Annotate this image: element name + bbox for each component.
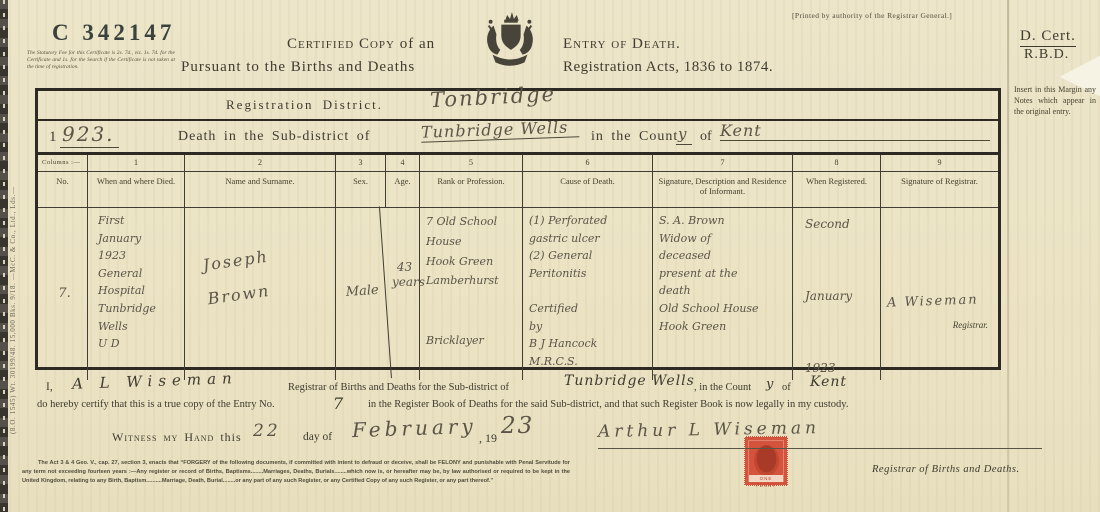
column-number-5: 5	[420, 155, 523, 171]
entry-when-where-died: First January 1923 General Hospital Tunb…	[88, 208, 185, 380]
witness-19: 19	[485, 431, 497, 445]
witness-signature-line: Arthur L Wiseman	[598, 420, 1042, 449]
certification-body2: , in the Count	[694, 382, 751, 393]
column-number-3: 3	[336, 155, 386, 171]
subdistrict-label: Death in the Sub-district of	[178, 129, 370, 145]
certification-body1: Registrar of Births and Deaths for the S…	[288, 382, 509, 393]
certification-county: Kent	[810, 374, 847, 390]
title-line2-left: Pursuant to the Births and Deaths	[181, 59, 415, 76]
column-number-6: 6	[523, 155, 653, 171]
title-registration-acts: Registration Acts, 1836 to 1874.	[563, 59, 773, 76]
header-when-where-died: When and where Died.	[88, 172, 185, 207]
header-signature-registrar: Signature of Registrar.	[881, 172, 998, 207]
certification-line2-prefix: do hereby certify that this is a true co…	[37, 399, 275, 410]
entry-age: 43 years	[386, 208, 420, 380]
witness-my-hand: Witness my Hand	[112, 430, 214, 444]
register-entry-form: Registration District. Tonbridge 1 923. …	[35, 88, 1001, 370]
header-age: Age.	[386, 172, 420, 207]
entry-registrar-signature-cell: A Wiseman Registrar.	[881, 208, 998, 380]
header-cause-of-death: Cause of Death.	[523, 172, 653, 207]
registration-district-value: Tonbridge	[429, 82, 556, 113]
columns-label: Columns :—	[38, 155, 88, 171]
entry-informant: S. A. Brown Widow of deceased present at…	[653, 208, 793, 380]
royal-coat-of-arms-icon	[479, 7, 541, 81]
certification-county-y: y	[766, 377, 773, 392]
entry-sex: Male	[330, 206, 392, 381]
column-number-2: 2	[185, 155, 336, 171]
header-sex: Sex.	[336, 172, 386, 207]
doc-code-d-cert: D. Cert.	[1020, 28, 1076, 47]
witness-signature: Arthur L Wiseman	[598, 418, 820, 442]
entry-name-cell: Joseph Brown	[185, 208, 336, 380]
witness-day: 22	[253, 421, 281, 441]
header-when-registered: When Registered.	[793, 172, 881, 207]
subdistrict-value: Tunbridge Wells	[421, 117, 580, 143]
column-number-1: 1	[88, 155, 185, 171]
county-value: Kent	[720, 121, 990, 141]
certification-line2-suffix: in the Register Book of Deaths for the s…	[368, 399, 849, 410]
registrar-printed-label: Registrar.	[953, 318, 988, 332]
statutory-fee-note: The Statutory Fee for this Certificate i…	[27, 50, 175, 71]
title-certified-copy: Certified Copy	[287, 36, 395, 52]
column-number-9: 9	[881, 155, 998, 171]
certificate-serial-number: C 342147	[52, 20, 175, 46]
title-line1-left: Certified Copy of an	[287, 36, 435, 53]
doc-code-rbd: R.B.D.	[1024, 47, 1069, 63]
column-numbers-row: Columns :— 1 2 3 4 5 6 7 8 9	[38, 155, 998, 172]
witness-year-handwritten: 23	[501, 413, 534, 439]
column-number-8: 8	[793, 155, 881, 171]
certification-entry-no: 7	[333, 394, 343, 413]
witness-label: Witness my Hand this	[112, 430, 242, 445]
column-number-4: 4	[386, 155, 420, 171]
witness-day-of-label: day of	[303, 431, 332, 443]
header-informant: Signature, Description and Residence of …	[653, 172, 793, 207]
year-printed-prefix: 1	[49, 129, 57, 146]
registrar-of-births-deaths-title: Registrar of Births and Deaths.	[872, 464, 1020, 475]
column-number-7: 7	[653, 155, 793, 171]
registration-district-label: Registration District.	[226, 97, 383, 113]
printed-authority-note: [Printed by authority of the Registrar G…	[792, 11, 952, 20]
column-headers-row: No. When and where Died. Name and Surnam…	[38, 172, 998, 208]
county-label: in the Count	[591, 129, 678, 145]
king-george-profile-icon	[754, 445, 779, 476]
of-label: of	[700, 129, 712, 145]
year-handwritten: 923.	[60, 122, 119, 148]
header-name-surname: Name and Surname.	[185, 172, 336, 207]
death-certificate-document: (8.O. 1545) Wt. 30199/48. 15,000 Bks. 9/…	[0, 0, 1100, 512]
certification-subdistrict: Tunbridge Wells	[564, 373, 695, 389]
registration-district-row: Registration District. Tonbridge	[38, 91, 998, 121]
witness-this: this	[220, 430, 241, 444]
entry-when-registered: Second January 1923	[793, 208, 881, 380]
certification-of: of	[782, 382, 791, 393]
witness-month: February	[352, 414, 477, 442]
entry-no: 7.	[38, 208, 88, 380]
stamp-denomination: ONE PENNY	[749, 475, 783, 482]
title-entry-of-death: Entry of Death.	[563, 36, 681, 53]
margin-note: Insert in this Margin any Notes which ap…	[1014, 85, 1096, 117]
printer-imprint: (8.O. 1545) Wt. 30199/48. 15,000 Bks. 9/…	[9, 34, 17, 434]
title-of-an: of an	[400, 36, 435, 52]
binding-edge	[0, 0, 8, 512]
entry-name: Joseph Brown	[201, 240, 276, 316]
entry-cause-of-death: (1) Perforated gastric ulcer (2) General…	[523, 208, 653, 380]
county-letter-y: y	[676, 125, 692, 145]
header-rank-profession: Rank or Profession.	[420, 172, 523, 207]
registrar-signature: A Wiseman	[887, 290, 979, 314]
certification-i: I,	[46, 381, 53, 393]
forgery-act-notice: The Act 3 & 4 Geo. V., cap. 27, section …	[22, 459, 570, 486]
witness-year-printed: , 19	[479, 431, 497, 446]
entry-rank-profession: 7 Old School House Hook Green Lamberhurs…	[420, 208, 523, 380]
entry-row: 7. First January 1923 General Hospital T…	[38, 208, 998, 372]
subdistrict-row: 1 923. Death in the Sub-district of Tunb…	[38, 121, 998, 155]
header-no: No.	[38, 172, 88, 207]
